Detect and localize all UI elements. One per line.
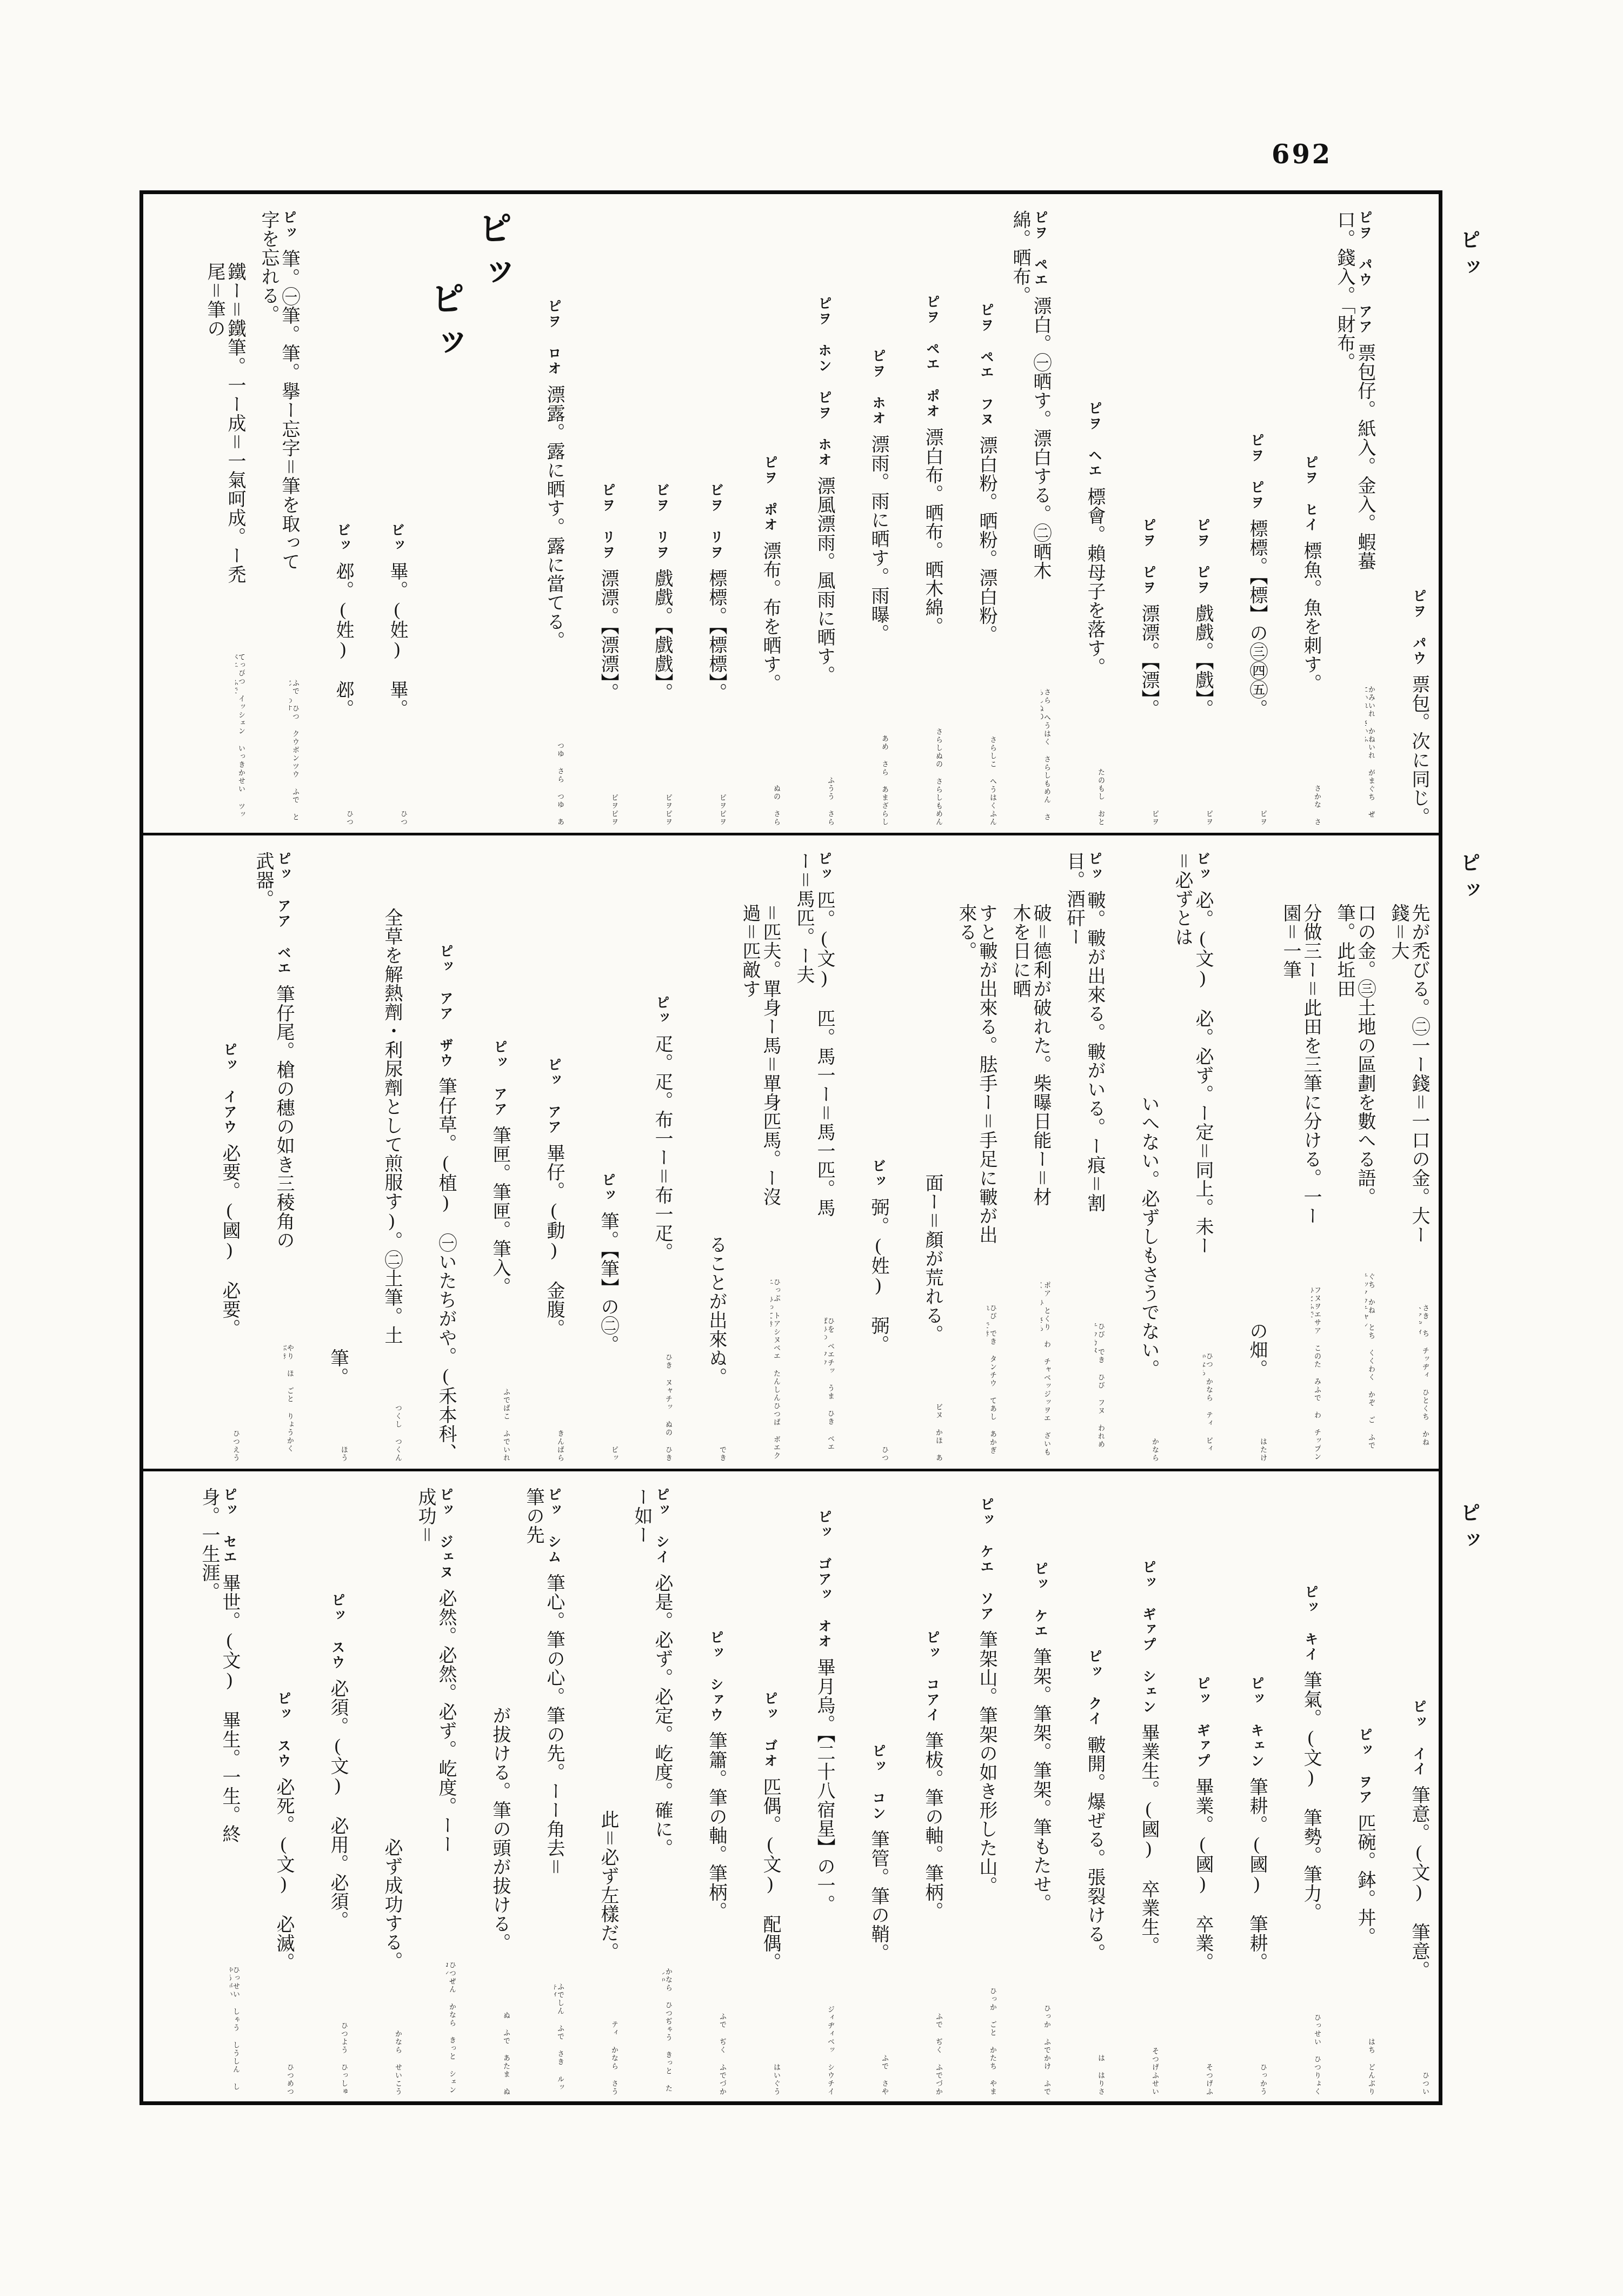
entry-line: ピッ ケエ筆架。筆架。筆架。筆もたせ。 bbox=[996, 1562, 1050, 1913]
entry-text: 筆匣。筆匣。筆入。 bbox=[490, 1126, 510, 1296]
entry-kana: ビッ bbox=[870, 1159, 886, 1189]
entry-text: すと皸が出來る。胠手ー＝手足に皸が出來る。 bbox=[956, 904, 996, 1244]
ruby-text: てっぴつ イッシェン いっきかせい ツッベエ ふで bbox=[235, 594, 245, 826]
entry-text: 筆氣。(文) 筆勢。筆力。 bbox=[1301, 1671, 1321, 1922]
entry-line: ピヲ ペエ ポオ漂白布。晒布。晒木綿。 bbox=[888, 295, 942, 636]
entry-text: 皸。皸が出來る。皸がいる。ー痕＝割目。酒矸ー bbox=[1064, 852, 1105, 1212]
entry-text: 筆柭。筆の軸。筆柄。 bbox=[922, 1731, 942, 1921]
entry-line: ピッ ゴオ匹偶。(文) 配偶。 bbox=[726, 1691, 780, 1972]
ruby-text: ピヲ bbox=[1203, 718, 1213, 826]
ruby-text: ポア とくり わ チャベッジッヲエ ざいもく ひ さら bbox=[1041, 1222, 1050, 1462]
entry-kana: ピッ ゴアッ オオ bbox=[816, 1510, 832, 1649]
entry-text: 漂白布。晒布。晒木綿。 bbox=[922, 428, 942, 636]
dictionary-column: ひつぜん かなら きっと シェンコンピッ ジェヌ必然。必然。必ず。屹度。ーー成功… bbox=[402, 1488, 456, 2096]
dictionary-column: ひび でき ひび フヌ われめ チウカヌピッ皸。皸が出來る。皸がいる。ー痕＝割目… bbox=[1050, 852, 1105, 1462]
entry-text: 筆管。筆の鞘。 bbox=[868, 1830, 888, 1962]
ruby-text: ピヲピヲ bbox=[608, 702, 618, 826]
dictionary-column: ふで ぢく ふでづかピッ コアイ筆柭。筆の軸。筆柄。 bbox=[888, 1488, 942, 2096]
entry-text: 匹碗。鉢。丼。 bbox=[1355, 1814, 1375, 1946]
entry-text: 口の金。㊂土地の區劃を數へる語。筆。此坵田 bbox=[1334, 904, 1375, 1206]
dictionary-column: ひついピッ イイ筆意。(文) 筆意。 bbox=[1375, 1488, 1429, 2096]
dictionary-column: やり ほ ごと りょうかく ぶきピッ アア ベエ筆仔尾。槍の穗の如き三稜角の武器… bbox=[240, 852, 294, 1462]
dictionary-column: ひっか ふでかけ ふでピッ ケエ筆架。筆架。筆架。筆もたせ。 bbox=[996, 1488, 1050, 2096]
ruby-text: ひつ bbox=[397, 718, 407, 826]
ruby-text: さら へうはく さらしもめん さらしぬの bbox=[1041, 596, 1050, 826]
entry-kana: ピッ イイ bbox=[1411, 1700, 1426, 1777]
entry-line: ピヲ ポオ漂布。布を晒す。 bbox=[726, 455, 780, 693]
dictionary-column: ひっせい ひつりょくピッ キイ筆氣。(文) 筆勢。筆力。 bbox=[1267, 1488, 1321, 2096]
band-top: ピヲ パウ票包。次に同じ。かみいれ かねいれ がまぐち ぜにいれ さいふピヲ パ… bbox=[143, 194, 1439, 833]
dictionary-column: さらしぬの さらしもめんピヲ ペエ ポオ漂白布。晒布。晒木綿。 bbox=[888, 210, 942, 826]
entry-line: ＝匹夫。單身ー馬＝單身匹馬。ー沒過＝匹敵す bbox=[726, 852, 780, 1219]
ruby-text: さらしこ へうはくふん bbox=[987, 644, 996, 826]
entry-text: 畢業。(國) 卒業。 bbox=[1193, 1777, 1213, 1972]
entry-line: ピッ アア ベエ筆仔尾。槍の穗の如き三稜角の武器。 bbox=[240, 852, 294, 1252]
dictionary-column: はち どんぶりピッ ヲア匹碗。鉢。丼。 bbox=[1321, 1488, 1375, 2096]
ruby-text: ひつめつ bbox=[284, 1972, 294, 2096]
entry-kana: ピヲ パウ アア bbox=[1357, 210, 1372, 335]
entry-kana: ピッ シイ bbox=[654, 1488, 669, 1565]
dictionary-column: ふで ひつ クウボンツウ ふで と じ わすピッ筆。㊀筆。筆。擧ー忘字＝筆を取っ… bbox=[245, 210, 299, 826]
dictionary-column: ジィヂィベッ シウチイピッ ゴアッ オオ畢月烏。【二十八宿星】の一。 bbox=[780, 1488, 834, 2096]
ruby-text: ぬ ふで あたま ぬ bbox=[500, 1952, 510, 2096]
continuation-column: はたけの畑。 bbox=[1213, 852, 1267, 1462]
dictionary-column: そつげふピッ ギァプ畢業。(國) 卒業。 bbox=[1159, 1488, 1213, 2096]
ruby-text: ひび でき タンチウ てあし あかぎれ でき bbox=[987, 1245, 996, 1462]
entry-line: ピヲ リヲ漂漂。【漂漂】。 bbox=[564, 483, 618, 702]
ruby-text: かなら せいこう bbox=[392, 1970, 402, 2096]
ruby-text: ふで さや bbox=[879, 1962, 888, 2096]
entry-line: ピッ ジェヌ必然。必然。必ず。屹度。ーー成功＝ bbox=[402, 1488, 456, 1869]
dictionary-column: ピッ アア ザウ筆仔草。(植) ㊀いたちがや。(禾本科、 bbox=[402, 852, 456, 1462]
ruby-text: ふうう さら bbox=[824, 685, 834, 826]
entry-text: 必ず成功する。 bbox=[382, 1838, 402, 1970]
continuation-column: さき ち チッヂィ ひとくち かね トアヂィ先が禿びる。㊁一ー錢＝一口の金。大ー… bbox=[1375, 852, 1429, 1462]
entry-line: ピッ シム筆心。筆の心。筆の先。ーー角去＝筆の先 bbox=[510, 1488, 564, 1891]
continuation-column: ほう筆。 bbox=[294, 852, 348, 1462]
ruby-text: そつげふ bbox=[1203, 1972, 1213, 2096]
page-number: 692 bbox=[1272, 140, 1332, 170]
entry-kana: ピッ ヲア bbox=[1357, 1728, 1372, 1805]
entry-text: 破＝德利が破れた。柴曝日能ー＝材木を日に晒 bbox=[1010, 904, 1050, 1206]
entry-text: 弼。(姓) 弼。 bbox=[868, 1198, 888, 1354]
dictionary-column: ひっかうピッ キェン筆耕。(國) 筆耕。 bbox=[1213, 1488, 1267, 2096]
ruby-text: ピヲピヲ bbox=[716, 702, 726, 826]
ruby-text: ひき ヌャチッ ぬの ひき bbox=[662, 1262, 672, 1462]
entry-line: ピッ アア ザウ筆仔草。(植) ㊀いたちがや。(禾本科、 bbox=[402, 944, 456, 1462]
section-header: ピッピッ bbox=[407, 210, 510, 826]
band-bottom: ひついピッ イイ筆意。(文) 筆意。はち どんぶりピッ ヲア匹碗。鉢。丼。ひっせ… bbox=[143, 1469, 1439, 2102]
continuation-column: ぐち かね とち くくわく かぞ ご ふで チックウチャン口の金。㊂土地の區劃を… bbox=[1321, 852, 1375, 1462]
entry-line: ピッ ヲア匹碗。鉢。丼。 bbox=[1321, 1728, 1375, 1946]
entry-text: 匹偶。(文) 配偶。 bbox=[760, 1777, 780, 1972]
entry-kana: ピヲ ペエ ポオ bbox=[924, 295, 940, 419]
entry-kana: ピッ イアウ bbox=[222, 1043, 237, 1135]
entry-text: 漂布。布を晒す。 bbox=[760, 541, 780, 693]
entry-text: 筆。㊀筆。筆。擧ー忘字＝筆を取って字を忘れる。 bbox=[258, 210, 299, 571]
entry-text: 筆架。筆架。筆架。筆もたせ。 bbox=[1030, 1648, 1050, 1913]
entry-kana: ピッ bbox=[600, 1173, 615, 1203]
dictionary-column: ふで ぢく ふでづかピッ シァウ筆簫。筆の軸。筆柄。 bbox=[672, 1488, 726, 2096]
entry-kana: ビヲ リヲ bbox=[708, 483, 723, 560]
entry-kana: ピッ コアイ bbox=[924, 1630, 940, 1723]
ruby-text: はいぐう bbox=[770, 1972, 780, 2096]
dictionary-column: ひつビッ弼。(姓) 弼。 bbox=[834, 852, 888, 1462]
ruby-text: ピッ bbox=[608, 1354, 618, 1462]
dictionary-column: ふでしん ふで さき ルッキィピッ シム筆心。筆の心。筆の先。ーー角去＝筆の先 bbox=[510, 1488, 564, 2096]
entry-line: 筆。 bbox=[294, 1297, 348, 1386]
ruby-text: ジィヂィベッ シウチイ bbox=[824, 1914, 834, 2096]
entry-line: ピッ アア筆匣。筆匣。筆入。 bbox=[456, 1040, 510, 1296]
entry-line: ピッ皸。皸が出來る。皸がいる。ー痕＝割目。酒矸ー bbox=[1050, 852, 1105, 1231]
entry-line: 口の金。㊂土地の區劃を數へる語。筆。此坵田 bbox=[1321, 852, 1375, 1213]
margin-tab-top: ピッ bbox=[1453, 229, 1482, 284]
entry-text: が拔ける。筆の頭が拔ける。 bbox=[490, 1706, 510, 1952]
entry-line: ビッ必。(文) 必。必ず。ー定＝同上。未ー＝必ずとは bbox=[1159, 852, 1213, 1260]
continuation-column: フヌヲエサア このた みふで わ チップン ひとふで分做三ー＝此田を三筆に分ける… bbox=[1267, 852, 1321, 1462]
margin-tab-middle: ピッ bbox=[1453, 852, 1482, 907]
ruby-text: ひっか ふでかけ ふで bbox=[1041, 1913, 1050, 2096]
entry-kana: ピッ bbox=[281, 210, 296, 241]
entry-line: ピッ ギァプ畢業。(國) 卒業。 bbox=[1159, 1676, 1213, 1972]
entry-line: 必ず成功する。 bbox=[348, 1786, 402, 1970]
dictionary-column: ひつビッ邲。(姓) 邲。 bbox=[299, 210, 353, 826]
entry-text: 分做三ー＝此田を三筆に分ける。一ー園＝一筆 bbox=[1280, 904, 1321, 1225]
ruby-text: は はりさ bbox=[1095, 1962, 1105, 2096]
dictionary-column: ひつよう ひっしゅピッ スウ必須。(文) 必用。必須。 bbox=[294, 1488, 348, 2096]
entry-kana: ピッ bbox=[654, 996, 669, 1026]
entry-line: ビヲ リヲ標標。【標標】。 bbox=[672, 483, 726, 702]
entry-text: 筆仔草。(植) ㊀いたちがや。(禾本科、 bbox=[436, 1077, 456, 1462]
ruby-text: かみいれ かねいれ がまぐち ぜにいれ さいふ bbox=[1365, 594, 1375, 826]
dictionary-column: ひつえうピッ イアウ必要。(國) 必要。 bbox=[185, 852, 240, 1462]
ruby-text: やり ほ ごと りょうかく ぶき bbox=[284, 1252, 294, 1462]
entry-text: 戲戲。【戲】。 bbox=[1193, 604, 1213, 718]
entry-kana: ピッ キェン bbox=[1249, 1676, 1264, 1769]
dictionary-column: ピヲ パウ票包。次に同じ。 bbox=[1375, 210, 1429, 826]
entry-kana: ビッ bbox=[1195, 852, 1210, 882]
entry-kana: ピッ シム bbox=[546, 1488, 561, 1565]
ruby-text: ひっぷ トアシヌベエ たんしんひつば ボエクエ ひってき bbox=[770, 1219, 780, 1462]
entry-text: 面ー＝顏が荒れる。 bbox=[922, 1173, 942, 1344]
entry-text: 先が禿びる。㊁一ー錢＝一口の金。大ー錢＝大 bbox=[1388, 904, 1429, 1244]
dictionary-column: きんばらピッ アア畢仔。(動) 金腹。 bbox=[510, 852, 564, 1462]
entry-line: ピッ疋。疋。布一ー＝布一疋。 bbox=[618, 996, 672, 1262]
entry-text: 畢。(姓) 畢。 bbox=[387, 562, 407, 718]
entry-line: 面ー＝顏が荒れる。 bbox=[888, 1122, 942, 1344]
ruby-text: はたけ bbox=[1257, 1378, 1267, 1462]
ruby-text: ひつぜん かなら きっと シェンコン bbox=[446, 1869, 456, 2096]
section-header-kana: ピッ bbox=[415, 210, 462, 826]
entry-text: 鐵ー＝鐵筆。一ー成＝一氣呵成。ー禿尾＝筆の bbox=[204, 262, 245, 584]
continuation-column: ひっぷ トアシヌベエ たんしんひつば ボエクエ ひってき＝匹夫。單身ー馬＝單身匹… bbox=[726, 852, 780, 1462]
entry-line: ピヲ ピヲ標標。【標】の㊂㊃㊄。 bbox=[1213, 433, 1267, 718]
entry-kana: ピッ ケエ bbox=[1033, 1562, 1048, 1639]
entry-line: ピヲ パウ票包。次に同じ。 bbox=[1375, 589, 1429, 826]
entry-text: 漂雨。雨に晒す。雨曝。 bbox=[868, 435, 888, 643]
entry-kana: ピッ ギァプ bbox=[1195, 1676, 1210, 1769]
entry-line: ピヲ ペエ フヌ漂白粉。晒粉。漂白粉。 bbox=[942, 303, 996, 644]
continuation-column: かなら せいこう必ず成功する。 bbox=[348, 1488, 402, 2096]
entry-line: ピッ キイ筆氣。(文) 筆勢。筆力。 bbox=[1267, 1585, 1321, 1922]
entry-text: 漂漂。【漂漂】。 bbox=[598, 569, 618, 702]
entry-kana: ピッ ジェヌ bbox=[438, 1488, 453, 1580]
entry-text: 必要。(國) 必要。 bbox=[219, 1144, 240, 1338]
entry-line: ピッ キェン筆耕。(國) 筆耕。 bbox=[1213, 1676, 1267, 1972]
dictionary-column: ピヲピヲビヲ リヲ標標。【標標】。 bbox=[672, 210, 726, 826]
entry-line: 分做三ー＝此田を三筆に分ける。一ー園＝一筆 bbox=[1267, 852, 1321, 1227]
continuation-column: かならいへない。必ずしもさうでない。 bbox=[1105, 852, 1159, 1462]
ruby-text: ふで ぢく ふでづか bbox=[716, 1921, 726, 2096]
entry-kana: ピッ スウ bbox=[330, 1593, 345, 1670]
ruby-text: ひっかう bbox=[1257, 1972, 1267, 2096]
ruby-text: ティ かなら さう bbox=[608, 1961, 618, 2096]
ruby-text: ふで ぢく ふでづか bbox=[933, 1921, 942, 2096]
entry-line: ビッ邲。(姓) 邲。 bbox=[299, 523, 353, 718]
entry-kana: ピヲ ロオ bbox=[546, 299, 561, 376]
page-border-frame: ピヲ パウ票包。次に同じ。かみいれ かねいれ がまぐち ぜにいれ さいふピヲ パ… bbox=[139, 190, 1442, 2105]
entry-line: ピッ匹。(文) 匹。馬一ー＝馬一匹。馬ー＝馬匹。ー夫 bbox=[780, 852, 834, 1225]
entry-line: 破＝德利が破れた。柴曝日能ー＝材木を日に晒 bbox=[996, 852, 1050, 1222]
entry-kana: ピヲ ホン ピヲ ホオ bbox=[816, 296, 832, 468]
entry-text: 疋。疋。布一ー＝布一疋。 bbox=[652, 1034, 672, 1262]
dictionary-column: ピヲピヲ ピヲ標標。【標】の㊂㊃㊄。 bbox=[1213, 210, 1267, 826]
dictionary-column: ひつめつピッ スウ必死。(文) 必滅。 bbox=[240, 1488, 294, 2096]
dictionary-column: さかな さピヲ ヒイ標魚。魚を刺す。 bbox=[1267, 210, 1321, 826]
ruby-text: フヌヲエサア このた みふで わ チップン ひとふで bbox=[1311, 1227, 1321, 1462]
entry-text: 戲戲。【戲戲】。 bbox=[652, 569, 672, 702]
ruby-text: ひつ bbox=[879, 1354, 888, 1462]
entry-kana: ピッ ギァプ シェン bbox=[1141, 1560, 1156, 1715]
dictionary-column: はいぐうピッ ゴオ匹偶。(文) 配偶。 bbox=[726, 1488, 780, 2096]
dictionary-column: かなら ひつぢゃう きっと たしかピッ シイ必是。必ず。必定。屹度。確に。ー如ー bbox=[618, 1488, 672, 2096]
continuation-column: てっぴつ イッシェン いっきかせい ツッベエ ふで鐵ー＝鐵筆。一ー成＝一氣呵成。… bbox=[191, 210, 245, 826]
entry-text: ることが出來ぬ。 bbox=[706, 1235, 726, 1386]
entry-line: ピヲ ヒイ標魚。魚を刺す。 bbox=[1267, 455, 1321, 693]
continuation-column: ポア とくり わ チャベッジッヲエ ざいもく ひ さら破＝德利が破れた。柴曝日能… bbox=[996, 852, 1050, 1462]
dictionary-column: ピヲピヲピヲ リヲ漂漂。【漂漂】。 bbox=[564, 210, 618, 826]
dictionary-column: ふで さやピッ コン筆管。筆の鞘。 bbox=[834, 1488, 888, 2096]
dictionary-column: たのもし おとピヲ ヘエ標會。賴母子を落す。 bbox=[1050, 210, 1105, 826]
ruby-text: ひっせい しゃう しうしん しゃうがい bbox=[230, 1874, 240, 2096]
entry-text: 邲。(姓) 邲。 bbox=[333, 562, 353, 718]
ruby-text: でき bbox=[716, 1386, 726, 1462]
ruby-text: あめ さら あまざらし bbox=[879, 643, 888, 826]
ruby-text: ぐち かね とち くくわく かぞ ご ふで チックウチャン bbox=[1365, 1213, 1375, 1462]
entry-text: 必死。(文) 必滅。 bbox=[274, 1777, 294, 1972]
entry-text: 全草を解熱劑・利尿劑として煎服す)。㊁土筆。土 bbox=[382, 908, 402, 1345]
dictionary-column: ぬの さらピヲ ポオ漂布。布を晒す。 bbox=[726, 210, 780, 826]
ruby-text: かなら ひつぢゃう きっと たしか bbox=[662, 1876, 672, 2096]
entry-text: 匹。(文) 匹。馬一ー＝馬一匹。馬ー＝馬匹。ー夫 bbox=[794, 852, 834, 1217]
entry-kana: ピッ コン bbox=[870, 1744, 886, 1821]
ruby-text: ふでばこ ふでいれ bbox=[500, 1296, 510, 1462]
entry-line: ピッ スウ必須。(文) 必用。必須。 bbox=[294, 1593, 348, 1930]
ruby-text: ひつえう bbox=[230, 1338, 240, 1462]
entry-kana: ピッ アア bbox=[546, 1058, 561, 1135]
entry-line: すと皸が出來る。胠手ー＝手足に皸が出來る。 bbox=[942, 852, 996, 1245]
entry-kana: ピッ クイ bbox=[1087, 1649, 1102, 1727]
dictionary-column: ピッピッ筆。【筆】の㊁。 bbox=[564, 852, 618, 1462]
ruby-text: さかな さ bbox=[1311, 693, 1321, 826]
dictionary-column: ひつ かなら ティ ビィ かならビッ必。(文) 必。必ず。ー定＝同上。未ー＝必ず… bbox=[1159, 852, 1213, 1462]
entry-text: 筆。【筆】の㊁。 bbox=[598, 1212, 618, 1354]
ruby-text: さらしぬの さらしもめん bbox=[933, 636, 942, 826]
ruby-text: そつげふせい bbox=[1149, 1955, 1159, 2096]
dictionary-column: ひっせい しゃう しうしん しゃうがいピッ セエ畢世。(文) 畢生。一生。終身。… bbox=[185, 1488, 240, 2096]
continuation-column: ティ かなら さう此＝必ず左樣だ。 bbox=[564, 1488, 618, 2096]
entry-line: ピッ イアウ必要。(國) 必要。 bbox=[185, 1043, 240, 1338]
dictionary-column: ピヲピヲビヲ リヲ戲戲。【戲戲】。 bbox=[618, 210, 672, 826]
ruby-text: ひつ bbox=[343, 718, 353, 826]
ruby-text: つゆ さら つゆ あ bbox=[554, 650, 564, 826]
entry-line: ピッ筆。【筆】の㊁。 bbox=[564, 1173, 618, 1354]
ruby-text: ピヲピヲ bbox=[662, 702, 672, 826]
entry-kana: ピッ セエ bbox=[222, 1488, 237, 1565]
entry-line: の畑。 bbox=[1213, 1270, 1267, 1378]
entry-line: いへない。必ずしもさうでない。 bbox=[1105, 1043, 1159, 1378]
entry-kana: ビッ bbox=[389, 523, 404, 553]
entry-line: ピヲ パウ アア票包仔。紙入。金入。蝦蟇口。錢入。「財布。 bbox=[1321, 210, 1375, 594]
entry-kana: ピッ アア ザウ bbox=[438, 944, 453, 1069]
ruby-text: ひび でき ひび フヌ われめ チウカヌ bbox=[1095, 1231, 1105, 1462]
entry-text: 漂白粉。晒粉。漂白粉。 bbox=[976, 436, 996, 644]
dictionary-column: そつげふせいピッ ギァプ シェン畢業生。(國) 卒業生。 bbox=[1105, 1488, 1159, 2096]
dictionary-column: あめ さら あまざらしピヲ ホオ漂雨。雨に晒す。雨曝。 bbox=[834, 210, 888, 826]
entry-kana: ピヲ ペエ bbox=[1033, 210, 1048, 288]
entry-text: 必。(文) 必。必ず。ー定＝同上。未ー＝必ずとは bbox=[1172, 852, 1213, 1255]
ruby-text: ビヌ かほ あ bbox=[933, 1344, 942, 1462]
entry-line: 全草を解熱劑・利尿劑として煎服す)。㊁土筆。土 bbox=[348, 856, 402, 1345]
dictionary-column: ひき ヌャチッ ぬの ひきピッ疋。疋。布一ー＝布一疋。 bbox=[618, 852, 672, 1462]
continuation-column: ビヌ かほ あ面ー＝顏が荒れる。 bbox=[888, 852, 942, 1462]
entry-kana: ピッ キイ bbox=[1303, 1585, 1318, 1662]
ruby-text: ひっせい ひつりょく bbox=[1311, 1922, 1321, 2096]
entry-text: 筆架山。筆架の如き形した山。 bbox=[976, 1630, 996, 1895]
entry-line: ることが出來ぬ。 bbox=[672, 1183, 726, 1386]
ruby-text: ぬの さら bbox=[770, 693, 780, 826]
entry-text: 標魚。魚を刺す。 bbox=[1301, 541, 1321, 693]
entry-text: 畢仔。(動) 金腹。 bbox=[544, 1144, 564, 1338]
entry-line: ピッ アア畢仔。(動) 金腹。 bbox=[510, 1058, 564, 1338]
entry-line: ピッ筆。㊀筆。筆。擧ー忘字＝筆を取って字を忘れる。 bbox=[245, 210, 299, 587]
entry-text: 畢業生。(國) 卒業生。 bbox=[1139, 1723, 1159, 1955]
entry-line: ピッ スウ必死。(文) 必滅。 bbox=[240, 1691, 294, 1972]
ruby-text: ひつよう ひっしゅ bbox=[338, 1930, 348, 2096]
entry-kana: ピヲ ペエ フヌ bbox=[979, 303, 994, 427]
entry-line: ピヲ ピヲ漂漂。【漂】。 bbox=[1105, 518, 1159, 718]
entry-line: ピヲ ペエ漂白。㊀晒す。漂白する。㊁晒木綿。晒布。 bbox=[996, 210, 1050, 596]
entry-line: ビッ弼。(姓) 弼。 bbox=[834, 1159, 888, 1354]
entry-kana: ピヲ ホオ bbox=[870, 349, 886, 426]
entry-line: ピヲ ピヲ戲戲。【戲】。 bbox=[1159, 518, 1213, 718]
entry-kana: ビッ bbox=[335, 523, 350, 553]
entry-text: 漂露。露に晒す。露に當てる。 bbox=[544, 385, 564, 650]
entry-line: 鐵ー＝鐵筆。一ー成＝一氣呵成。ー禿尾＝筆の bbox=[191, 210, 245, 594]
entry-text: 此＝必ず左樣だ。 bbox=[598, 1810, 618, 1961]
entry-text: 皸開。爆ぜる。張裂ける。 bbox=[1085, 1735, 1105, 1962]
entry-line: ピヲ ヘエ標會。賴母子を落す。 bbox=[1050, 401, 1105, 676]
entry-line: が拔ける。筆の頭が拔ける。 bbox=[456, 1654, 510, 1952]
entry-line: ピヲ ロオ漂露。露に晒す。露に當てる。 bbox=[510, 299, 564, 650]
entry-line: ピッ クイ皸開。爆ぜる。張裂ける。 bbox=[1050, 1649, 1105, 1962]
ruby-text: かなら bbox=[1149, 1378, 1159, 1462]
entry-text: 票包。次に同じ。 bbox=[1409, 675, 1429, 826]
entry-kana: ピッ スウ bbox=[276, 1691, 291, 1769]
entry-line: ビヲ リヲ戲戲。【戲戲】。 bbox=[618, 483, 672, 702]
entry-text: 筆簫。筆の軸。筆柄。 bbox=[706, 1731, 726, 1921]
ruby-text: さき ち チッヂィ ひとくち かね トアヂィ bbox=[1419, 1245, 1429, 1462]
ruby-text: はち どんぶり bbox=[1365, 1946, 1375, 2096]
entry-text: 標標。【標標】。 bbox=[706, 569, 726, 702]
dictionary-column: さら へうはく さらしもめん さらしぬのピヲ ペエ漂白。㊀晒す。漂白する。㊁晒木… bbox=[996, 210, 1050, 826]
entry-kana: ピッ アア ベエ bbox=[276, 852, 291, 976]
continuation-column: ひび でき タンチウ てあし あかぎれ できすと皸が出來る。胠手ー＝手足に皸が出… bbox=[942, 852, 996, 1462]
dictionary-column: ひっか ごと かたち やまピッ ケエ ソア筆架山。筆架の如き形した山。 bbox=[942, 1488, 996, 2096]
entry-kana: ピッ bbox=[1087, 852, 1102, 882]
dictionary-column: ふうう さらピヲ ホン ピヲ ホオ漂風漂雨。風雨に晒す。 bbox=[780, 210, 834, 826]
entry-text: 筆耕。(國) 筆耕。 bbox=[1247, 1777, 1267, 1972]
ruby-text: ふでしん ふで さき ルッキィ bbox=[554, 1891, 564, 2096]
entry-line: ピッ セエ畢世。(文) 畢生。一生。終身。一生涯。 bbox=[185, 1488, 240, 1874]
entry-text: いへない。必ずしもさうでない。 bbox=[1139, 1094, 1159, 1378]
entry-kana: ピッ アア bbox=[492, 1040, 507, 1117]
dictionary-column: は はりさピッ クイ皸開。爆ぜる。張裂ける。 bbox=[1050, 1488, 1105, 2096]
entry-text: ＝匹夫。單身ー馬＝單身匹馬。ー沒過＝匹敵す bbox=[740, 904, 780, 1206]
entry-kana: ピヲ リヲ bbox=[600, 483, 615, 560]
continuation-column: つくし つくん全草を解熱劑・利尿劑として煎服す)。㊁土筆。土 bbox=[348, 852, 402, 1462]
ruby-text: ピヲ bbox=[1149, 718, 1159, 826]
ruby-text: ひつ かなら ティ ビィ かなら bbox=[1203, 1260, 1213, 1462]
entry-kana: ピヲ ポオ bbox=[762, 455, 777, 533]
continuation-column: できることが出來ぬ。 bbox=[672, 852, 726, 1462]
entry-line: 此＝必ず左樣だ。 bbox=[564, 1758, 618, 1961]
entry-text: 標標。【標】の㊂㊃㊄。 bbox=[1247, 519, 1267, 718]
entry-kana: ビヲ リヲ bbox=[654, 483, 669, 560]
ruby-text: ふで ひつ クウボンツウ ふで と じ わす bbox=[289, 587, 299, 826]
dictionary-column: つゆ さら つゆ あピヲ ロオ漂露。露に晒す。露に當てる。 bbox=[510, 210, 564, 826]
entry-kana: ピヲ ピヲ bbox=[1141, 518, 1156, 595]
entry-line: ピッ シイ必是。必ず。必定。屹度。確に。ー如ー bbox=[618, 1488, 672, 1876]
section-header-kana: ピッ bbox=[462, 210, 510, 826]
entry-kana: ピッ bbox=[816, 852, 832, 882]
entry-text: 標會。賴母子を落す。 bbox=[1085, 487, 1105, 676]
ruby-text: つくし つくん bbox=[392, 1345, 402, 1462]
entry-text: 筆。 bbox=[328, 1349, 348, 1386]
entry-kana: ピヲ パウ bbox=[1411, 589, 1426, 666]
entry-text: 畢月烏。【二十八宿星】の一。 bbox=[814, 1658, 834, 1914]
dictionary-column: ひを ベエチッ うま ひき ベエ ばひつ フウピッ匹。(文) 匹。馬一ー＝馬一匹… bbox=[780, 852, 834, 1462]
dictionary-column: ピヲピヲ ピヲ漂漂。【漂】。 bbox=[1105, 210, 1159, 826]
entry-line: ピッ コアイ筆柭。筆の軸。筆柄。 bbox=[888, 1630, 942, 1921]
dictionary-column: ふでばこ ふでいれピッ アア筆匣。筆匣。筆入。 bbox=[456, 852, 510, 1462]
entry-kana: ピッ シァウ bbox=[708, 1630, 723, 1723]
ruby-text: ひっか ごと かたち やま bbox=[987, 1895, 996, 2096]
ruby-text: ひつい bbox=[1419, 1980, 1429, 2096]
ruby-text: ピヲ bbox=[1257, 718, 1267, 826]
dictionary-column: ひつビッ畢。(姓) 畢。 bbox=[353, 210, 407, 826]
entry-kana: ピッ ゴオ bbox=[762, 1691, 777, 1769]
entry-line: ピヲ ホオ漂雨。雨に晒す。雨曝。 bbox=[834, 349, 888, 643]
entry-text: 筆意。(文) 筆意。 bbox=[1409, 1786, 1429, 1980]
dictionary-column: かみいれ かねいれ がまぐち ぜにいれ さいふピヲ パウ アア票包仔。紙入。金入… bbox=[1321, 210, 1375, 826]
entry-line: ビッ畢。(姓) 畢。 bbox=[353, 523, 407, 718]
entry-text: 漂風漂雨。風雨に晒す。 bbox=[814, 476, 834, 685]
entry-line: ピヲ ホン ピヲ ホオ漂風漂雨。風雨に晒す。 bbox=[780, 296, 834, 685]
entry-line: ピッ イイ筆意。(文) 筆意。 bbox=[1375, 1700, 1429, 1980]
ruby-text: ひを ベエチッ うま ひき ベエ ばひつ フウ bbox=[824, 1225, 834, 1462]
entry-text: 漂漂。【漂】。 bbox=[1139, 604, 1159, 718]
